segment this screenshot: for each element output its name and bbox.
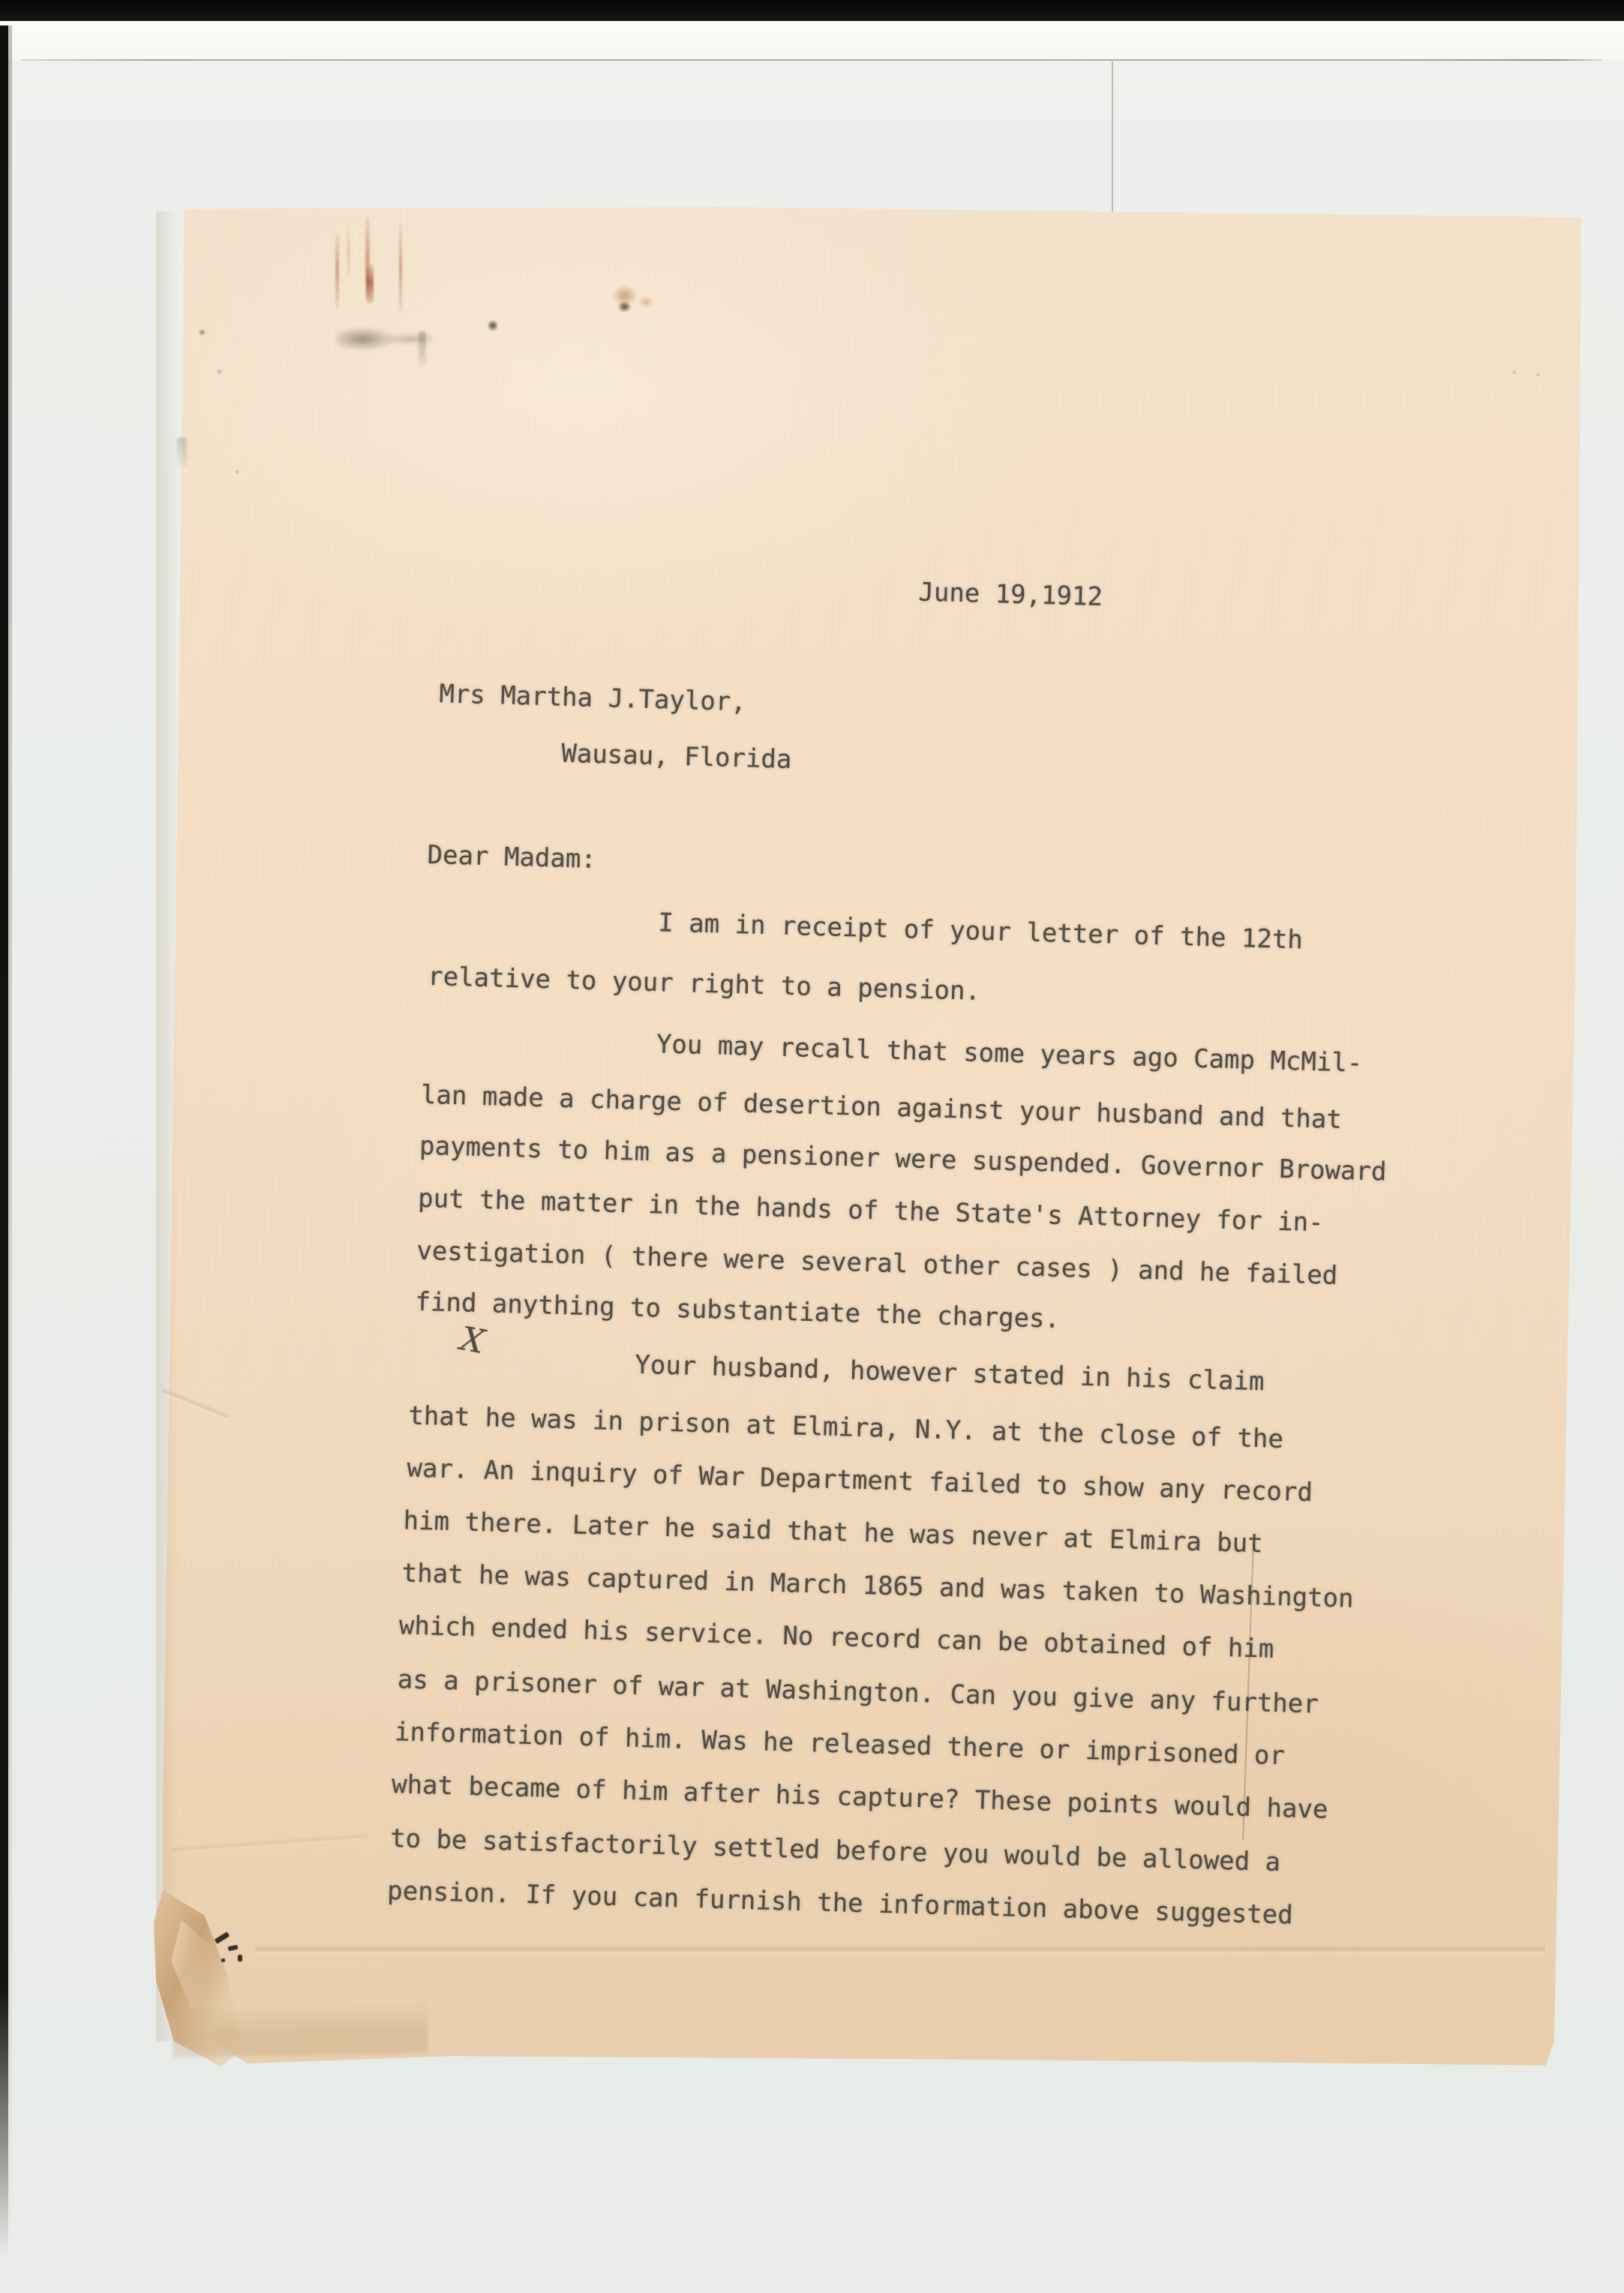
handwritten-x-mark: X [458,1319,488,1361]
typed-line: payments to him as a pensioner were susp… [419,1131,1387,1187]
typed-line: relative to your right to a pension. [428,962,981,1007]
scanner-seam-line [21,59,1602,61]
typed-line: find anything to substantiate the charge… [415,1287,1061,1334]
bottom-edge-crease [172,2002,428,2057]
typed-line: Mrs Martha J.Taylor, [439,679,746,717]
typed-line: pension. If you can furnish the informat… [387,1876,1293,1931]
typed-line: I am in receipt of your letter of the 12… [658,908,1304,955]
typed-line: lan made a charge of desertion against y… [421,1080,1343,1135]
scanner-left-edge-shadow [8,26,12,2246]
typed-line: as a prisoner of war at Washington. Can … [397,1664,1319,1719]
typed-line: him there. Later he said that he was nev… [403,1505,1263,1559]
typed-line: that he was captured in March 1865 and w… [401,1558,1354,1613]
typed-line: Your husband, however stated in his clai… [635,1350,1265,1397]
scanner-top-margin [0,21,1624,60]
scanner-top-bar [0,0,1624,21]
scan-artifact-line [1112,62,1113,233]
typed-line: June 19,1912 [918,577,1103,612]
typed-line: to be satisfactorily settled before you … [390,1823,1281,1877]
typed-line: vestigation ( there were several other c… [416,1236,1338,1291]
typed-line: Wausau, Florida [561,739,792,775]
typed-line: what became of him after his capture? Th… [392,1769,1328,1825]
typed-text-block: X June 19,1912Mrs Martha J.Taylor,Wausau… [398,570,1500,1964]
typed-line: You may recall that some years ago Camp … [656,1029,1362,1078]
typed-line: information of him. Was he released ther… [395,1717,1286,1771]
typed-line: Dear Madam: [427,840,596,875]
typed-line: which ended his service. No record can b… [398,1610,1274,1664]
typed-line: put the matter in the hands of the State… [418,1184,1324,1238]
typed-line: that he was in prison at Elmira, N.Y. at… [408,1400,1283,1454]
typed-line: war. An inquiry of War Department failed… [407,1453,1313,1508]
scanner-left-edge-strip [0,26,8,2257]
scanned-letter-page: X June 19,1912Mrs Martha J.Taylor,Wausau… [0,0,1624,2293]
